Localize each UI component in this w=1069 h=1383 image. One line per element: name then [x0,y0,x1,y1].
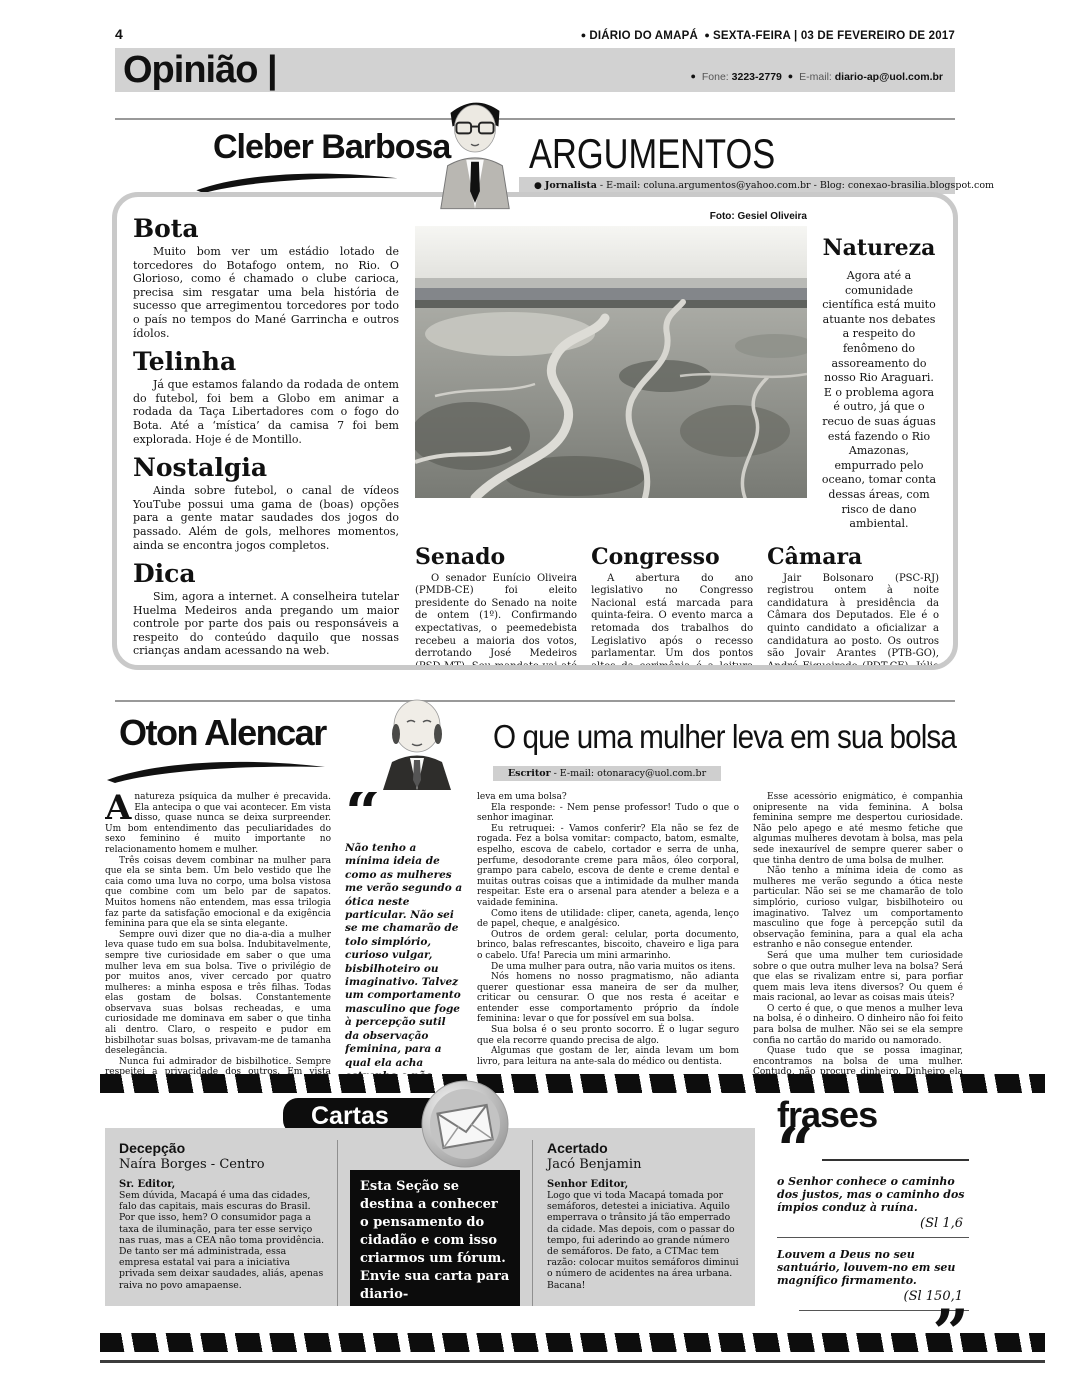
news-camara: Câmara Jair Bolsonaro (PSC-RJ) registrou… [767,542,939,670]
frase-quote: o Senhor conhece o caminho dos justos, m… [777,1175,969,1214]
paragraph: leva em uma bolsa? [477,792,739,803]
section-heading: Bota [133,214,399,243]
page-number: 4 [115,26,123,42]
news-text: Jair Bolsonaro (PSC-RJ) registrou ontem … [767,573,939,670]
dashed-divider-bottom [100,1333,1045,1352]
date-line: SEXTA-FEIRA | 03 DE FEVEREIRO DE 2017 [713,30,955,42]
cartas-section: Cartas Decepção Naíra Borges - Centro Sr… [105,1096,965,1311]
section-heading: Telinha [133,347,399,376]
paragraph: Não tenho a mínima ideia de como as mulh… [753,866,963,951]
letter-text: Sem dúvida, Macapá é uma das cidades, fa… [119,1190,325,1291]
section-text: Ainda sobre futebol, o canal de vídeos Y… [133,484,399,552]
contact-info: ● Fone: 3223-2779 ● E-mail: diario-ap@uo… [688,71,943,83]
section-heading: Internet [133,665,399,670]
letter-salutation: Sr. Editor, [119,1179,325,1190]
paragraph: Esse acessório enigmático, é companhia o… [753,792,963,866]
top-header: 4 ●DIÁRIO DO AMAPÁ ●SEXTA-FEIRA | 03 DE … [115,26,955,42]
paragraph: Algumas que gostam de ler, ainda levam u… [477,1046,739,1067]
bottom-rule [100,1360,1045,1366]
email-icon: ● [788,71,793,81]
paragraph: Eu retruquei: - Vamos conferir? Ela não … [477,824,739,909]
paragraph: Quase tudo que se possa imaginar, encont… [753,1046,963,1074]
letter-decepcao: Decepção Naíra Borges - Centro Sr. Edito… [119,1140,337,1306]
paragraph: Outros de ordem geral: celular, porta do… [477,930,739,962]
divider [822,1159,969,1161]
byline-bar: Escritor - E-mail: otonaracy@uol.com.br [493,766,721,781]
drop-cap: A [105,794,131,823]
photo-credit: Foto: Gesiel Oliveira [415,211,807,222]
paragraph: Sempre ouvi dizer que no dia-a-dia a mul… [105,930,331,1057]
paragraph: Nunca fui admirador de bisbilhotice. Sem… [105,1057,331,1074]
frases-open-row: “ [777,1135,969,1165]
byline-role: Escritor [508,768,551,779]
phone-number: 3223-2779 [732,71,782,83]
notice-box: Esta Seção se destina a conhecer o pensa… [350,1170,520,1306]
section-heading: Dica [133,559,399,588]
paragraph: Três coisas devem combinar na mulher par… [105,856,331,930]
natureza-title: Natureza [819,235,939,261]
section-title: Opinião | [123,49,277,92]
frase-quote: Louvem a Deus no seu santuário, louvem-n… [777,1248,969,1287]
email-address: diario-ap@uol.com.br [835,71,943,83]
article-body: Anatureza psíquica da mulher é precavida… [105,792,963,1074]
natureza-box: Natureza Agora até a comunidade científi… [819,207,939,532]
cartas-title: Cartas [311,1102,389,1131]
dashed-divider-top [100,1074,1045,1093]
letter-title: Decepção [119,1140,325,1156]
paragraph: Como itens de utilidade: cliper, caneta,… [477,909,739,930]
article-title: O que uma mulher leva em sua bolsa [493,718,956,756]
letter-salutation: Senhor Editor, [547,1179,743,1190]
phone-icon: ● [691,71,696,81]
section-text: Sim, agora a internet. A conselheira tut… [133,590,399,658]
frase-ref: (Sl 1,6 [777,1216,963,1231]
body-column-4: Esse acessório enigmático, é companhia o… [753,792,963,1074]
paragraph: De uma mulher para outra, não varia muit… [477,962,739,973]
byline-contact: - E-mail: otonaracy@uol.com.br [554,768,707,779]
letter-text: Logo que vi toda Macapá tomada por semáf… [547,1190,743,1291]
content-card: Bota Muito bom ver um estádio lotado de … [112,192,958,670]
frases-box: frases “ o Senhor conhece o caminho dos … [777,1100,969,1349]
paper-logo-icon: ● [581,30,587,40]
phone-label: Fone: [702,71,729,83]
letter-author: Jacó Benjamin [547,1157,743,1172]
natureza-text: Agora até a comunidade científica está m… [819,269,939,532]
news-text: O senador Eunício Oliveira (PMDB-CE) foi… [415,573,577,670]
byline-bullet-icon: ● [534,181,542,191]
pull-quote: “ Não tenho a mínima ideia de como as mu… [345,792,463,1074]
divider [777,1237,969,1238]
name-swoosh [81,758,351,784]
newspaper-page: 4 ●DIÁRIO DO AMAPÁ ●SEXTA-FEIRA | 03 DE … [0,0,1069,1383]
photo-row: Foto: Gesiel Oliveira [415,207,939,532]
argumentos-rail: Bota Muito bom ver um estádio lotado de … [133,207,399,670]
columnist-caricature [431,92,519,210]
news-senado: Senado O senador Eunício Oliveira (PMDB-… [415,542,577,670]
paragraph-text: natureza psíquica da mulher é precavida.… [105,792,331,855]
columnist-name: Oton Alencar [119,712,326,754]
body-column-1: Anatureza psíquica da mulher é precavida… [105,792,331,1074]
name-swoosh [177,170,417,194]
news-congresso: Congresso A abertura do ano legislativo … [591,542,753,670]
byline-contact: - E-mail: coluna.argumentos@yahoo.com.br… [600,180,994,191]
body-column-3: leva em uma bolsa? Ela responde: - Nem p… [477,792,739,1074]
column-title: ARGUMENTOS [529,130,775,178]
news-heading: Senado [415,544,577,570]
letter-author: Naíra Borges - Centro [119,1157,325,1172]
envelope-icon [437,1105,492,1148]
pull-quote-text: Não tenho a mínima ideia de como as mulh… [345,842,463,1074]
byline-role: Jornalista [545,180,597,191]
news-text: A abertura do ano legislativo no Congres… [591,573,753,670]
columnist-caricature [377,696,457,790]
letter-title: Acertado [547,1140,743,1156]
paragraph: Anatureza psíquica da mulher é precavida… [105,792,331,856]
open-quote-icon: “ [777,1135,814,1165]
photo-area: Foto: Gesiel Oliveira [415,207,807,532]
paper-logo-icon: ● [704,30,710,40]
paragraph: O certo é que, o que menos a mulher leva… [753,1004,963,1046]
edition-line: ●DIÁRIO DO AMAPÁ ●SEXTA-FEIRA | 03 DE FE… [578,30,955,42]
columnist-name: Cleber Barbosa [213,128,450,167]
argumentos-header: Cleber Barbosa ARGUMENTOS ● Jornalista -… [115,118,955,196]
paragraph: Será que uma mulher tem curiosidade sobr… [753,951,963,1004]
oton-header: Oton Alencar O que uma mulher leva em su… [115,700,955,790]
email-label: E-mail: [799,71,832,83]
news-heading: Câmara [767,544,939,570]
card-center: Foto: Gesiel Oliveira [415,207,939,670]
section-bar: Opinião | ● Fone: 3223-2779 ● E-mail: di… [115,48,955,92]
paragraph: Ela responde: - Nem pense professor! Tud… [477,803,739,824]
news-heading: Congresso [591,544,753,570]
news-row: Senado O senador Eunício Oliveira (PMDB-… [415,542,939,670]
section-text: Muito bom ver um estádio lotado de torce… [133,245,399,340]
open-quote-icon: “ [345,796,463,830]
section-text: Já que estamos falando da rodada de onte… [133,378,399,446]
letter-acertado: Acertado Jacó Benjamin Senhor Editor, Lo… [533,1140,747,1306]
paper-name: DIÁRIO DO AMAPÁ [589,30,698,42]
section-heading: Nostalgia [133,453,399,482]
aerial-photo [415,226,807,498]
paragraph: Sua bolsa é o seu pronto socorro. É o lu… [477,1025,739,1046]
envelope-badge [421,1080,509,1168]
paragraph: Nós homens no nosso pragmatismo, não adi… [477,972,739,1025]
